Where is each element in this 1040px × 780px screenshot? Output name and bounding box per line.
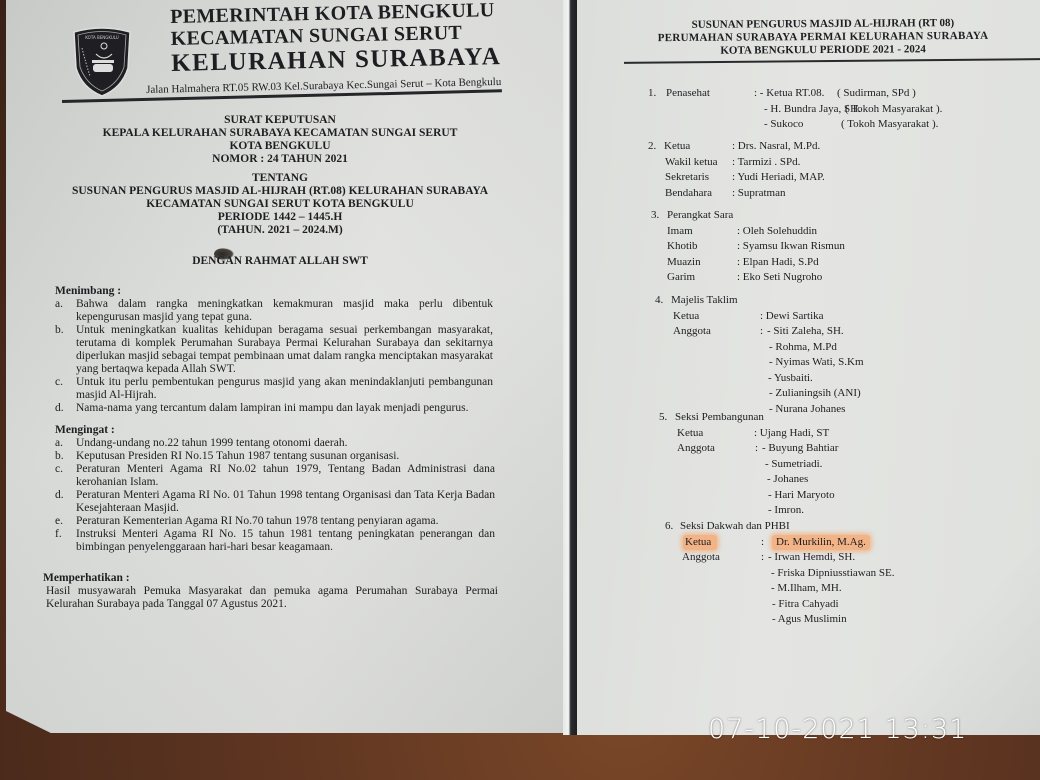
penasehat-name: : - Ketua RT.08. [754, 86, 824, 102]
decree-tentang: TENTANG [40, 172, 520, 185]
list-item: b.Untuk meningkatkan kualitas kehidupan … [55, 324, 493, 376]
anggota-label: Anggota [677, 441, 715, 457]
list-text: Peraturan Kementerian Agama RI No.70 tah… [76, 515, 438, 527]
anggota-label: Anggota [682, 550, 720, 566]
list-marker: b. [55, 324, 64, 337]
mengingat-heading: Mengingat : [55, 424, 495, 437]
list-item: d.Nama-nama yang tercantum dalam lampira… [55, 402, 493, 415]
role-label: Garim [667, 270, 695, 286]
anggota-member: - Buyung Bahtiar [762, 441, 838, 457]
anggota-member: - M.Ilham, MH. [771, 581, 842, 597]
section-majelis-taklim: 4. Majelis Taklim Ketua : Dewi Sartika A… [655, 293, 955, 417]
role-label: Muazin [667, 255, 701, 271]
section-pengurus-inti: 2. Ketua : Drs. Nasral, M.Pd. Wakil ketu… [648, 139, 948, 201]
list-item: c.Peraturan Menteri Agama RI No.02 tahun… [55, 463, 495, 489]
anggota-member: - Zulianingsih (ANI) [769, 386, 861, 402]
memperhatikan-section: Memperhatikan : Hasil musyawarah Pemuka … [43, 572, 498, 611]
anggota-member: - Agus Muslimin [772, 612, 847, 628]
anggota-member: - Sumetriadi. [765, 457, 822, 473]
kota-bengkulu-crest-icon: KOTA BENGKULU [70, 24, 134, 98]
list-marker: d. [55, 489, 64, 502]
role-value: : Syamsu Ikwan Rismun [737, 239, 845, 255]
list-item: f.Instruksi Menteri Agama RI No. 15 tahu… [55, 528, 495, 554]
section-title: Seksi Dakwah dan PHBI [680, 519, 790, 535]
role-value: : Yudi Heriadi, MAP. [732, 170, 825, 186]
letterhead: PEMERINTAH KOTA BENGKULU KECAMATAN SUNGA… [170, 0, 511, 78]
list-text: Bahwa dalam rangka meningkatkan kemakmur… [76, 298, 493, 323]
memperhatikan-heading: Memperhatikan : [43, 572, 498, 585]
anggota-member: - Siti Zaleha, SH. [767, 324, 844, 340]
page-gap [563, 0, 577, 735]
list-marker: a. [55, 437, 63, 450]
decree-period-masehi: (TAHUN. 2021 – 2024.M) [40, 224, 520, 237]
section-title: Seksi Pembangunan [675, 410, 764, 426]
anggota-member: - Fitra Cahyadi [772, 597, 839, 613]
list-text: Undang-undang no.22 tahun 1999 tentang o… [76, 437, 347, 449]
role-value: : Drs. Nasral, M.Pd. [732, 139, 820, 155]
role-label: Sekretaris [665, 170, 709, 186]
role-label: Ketua [664, 139, 690, 155]
anggota-member: - Imron. [768, 503, 804, 519]
role-value: : Eko Seti Nugroho [737, 270, 822, 286]
role-value: : Tarmizi . SPd. [732, 155, 800, 171]
photo-timestamp: 07-10-2021 13:31 [708, 714, 967, 745]
anggota-member: - Rohma, M.Pd [769, 340, 837, 356]
ketua-label-highlighted: Ketua [683, 535, 717, 551]
decree-subject-line2: KECAMATAN SUNGAI SERUT KOTA BENGKULU [40, 198, 520, 211]
anggota-member: - Irwan Hemdi, SH. [768, 550, 855, 566]
role-label: Bendahara [665, 186, 712, 202]
section-penasehat: 1.Penasehat : - Ketua RT.08. ( Sudirman,… [648, 86, 978, 133]
role-label: Imam [667, 224, 693, 240]
list-text: Nama-nama yang tercantum dalam lampiran … [76, 402, 468, 414]
list-item: a.Bahwa dalam rangka meningkatkan kemakm… [55, 298, 493, 324]
decree-subject-line1: SUSUNAN PENGURUS MASJID AL-HIJRAH (RT.08… [40, 185, 520, 198]
anggota-member: - Hari Maryoto [768, 488, 835, 504]
ketua-label: Ketua [677, 426, 703, 442]
menimbang-section: Menimbang : a.Bahwa dalam rangka meningk… [55, 285, 493, 415]
role-value: : Oleh Solehuddin [737, 224, 817, 240]
section-dakwah-phbi: 6. Seksi Dakwah dan PHBI Ketua : Dr. Mur… [665, 519, 1005, 628]
penasehat-label: Penasehat [666, 86, 710, 102]
decree-subject-block: TENTANG SUSUNAN PENGURUS MASJID AL-HIJRA… [40, 172, 520, 237]
list-item: a.Undang-undang no.22 tahun 1999 tentang… [55, 437, 495, 450]
list-marker: d. [55, 402, 64, 415]
decree-title: SURAT KEPUTUSAN [40, 114, 520, 127]
list-item: c.Untuk itu perlu pembentukan pengurus m… [55, 376, 493, 402]
role-value: : Elpan Hadi, S.Pd [737, 255, 819, 271]
list-text: Peraturan Menteri Agama RI No.02 tahun 1… [76, 463, 495, 488]
list-text: Untuk meningkatkan kualitas kehidupan be… [76, 324, 493, 375]
decree-period-hijri: PERIODE 1442 – 1445.H [40, 211, 520, 224]
anggota-label: Anggota [673, 324, 711, 340]
list-text: Untuk itu perlu pembentukan pengurus mas… [76, 376, 493, 401]
role-label: Khotib [667, 239, 698, 255]
ketua-value: : Dewi Sartika [760, 309, 824, 325]
list-marker: a. [55, 298, 63, 311]
svg-text:KOTA BENGKULU: KOTA BENGKULU [85, 35, 119, 40]
section-title: Perangkat Sara [667, 208, 733, 224]
penasehat-note: ( Tokoh Masyarakat ). [841, 117, 938, 133]
list-text: Keputusan Presiden RI No.15 Tahun 1987 t… [76, 450, 399, 462]
list-text: Instruksi Menteri Agama RI No. 15 tahun … [76, 528, 495, 553]
decree-title-block: SURAT KEPUTUSAN KEPALA KELURAHAN SURABAY… [40, 114, 520, 166]
mengingat-section: Mengingat : a.Undang-undang no.22 tahun … [55, 424, 495, 554]
decree-number: NOMOR : 24 TAHUN 2021 [40, 153, 520, 166]
list-marker: c. [55, 463, 63, 476]
section-title: Majelis Taklim [671, 293, 738, 309]
anggota-member: - Nyimas Wati, S.Km [769, 355, 864, 371]
section-perangkat-sara: 3. Perangkat Sara Imam : Oleh Solehuddin… [651, 208, 951, 286]
decree-opening: DENGAN RAHMAT ALLAH SWT [40, 255, 520, 267]
list-item: e.Peraturan Kementerian Agama RI No.70 t… [55, 515, 495, 528]
list-marker: e. [55, 515, 63, 528]
penasehat-name: - Sukoco [764, 117, 803, 133]
anggota-member: - Friska Dipniusstiawan SE. [771, 566, 894, 582]
list-item: d.Peraturan Menteri Agama RI No. 01 Tahu… [55, 489, 495, 515]
menimbang-list: a.Bahwa dalam rangka meningkatkan kemakm… [55, 298, 493, 415]
role-label: Wakil ketua [665, 155, 718, 171]
anggota-member: - Johanes [767, 472, 808, 488]
decree-city: KOTA BENGKULU [40, 140, 520, 153]
decree-issuer: KEPALA KELURAHAN SURABAYA KECAMATAN SUNG… [40, 127, 520, 140]
list-item: b.Keputusan Presiden RI No.15 Tahun 1987… [55, 450, 495, 463]
penasehat-note: ( Tokoh Masyarakat ). [845, 102, 942, 118]
list-text: Peraturan Menteri Agama RI No. 01 Tahun … [76, 489, 495, 514]
anggota-member: - Yusbaiti. [768, 371, 813, 387]
role-value: : Supratman [732, 186, 785, 202]
menimbang-heading: Menimbang : [55, 285, 493, 298]
memperhatikan-text: Hasil musyawarah Pemuka Masyarakat dan p… [43, 585, 498, 611]
ketua-value: : Ujang Hadi, ST [754, 426, 829, 442]
section-pembangunan: 5. Seksi Pembangunan Ketua : Ujang Hadi,… [659, 410, 959, 519]
ketua-value-highlighted: Dr. Murkilin, M.Ag. [772, 535, 870, 551]
penasehat-note: ( Sudirman, SPd ) [837, 86, 916, 102]
board-list-header: SUSUNAN PENGURUS MASJID AL-HIJRAH (RT 08… [618, 17, 1028, 59]
list-marker: f. [55, 528, 62, 541]
list-marker: c. [55, 376, 63, 389]
mengingat-list: a.Undang-undang no.22 tahun 1999 tentang… [55, 437, 495, 554]
list-marker: b. [55, 450, 64, 463]
ketua-label: Ketua [673, 309, 699, 325]
